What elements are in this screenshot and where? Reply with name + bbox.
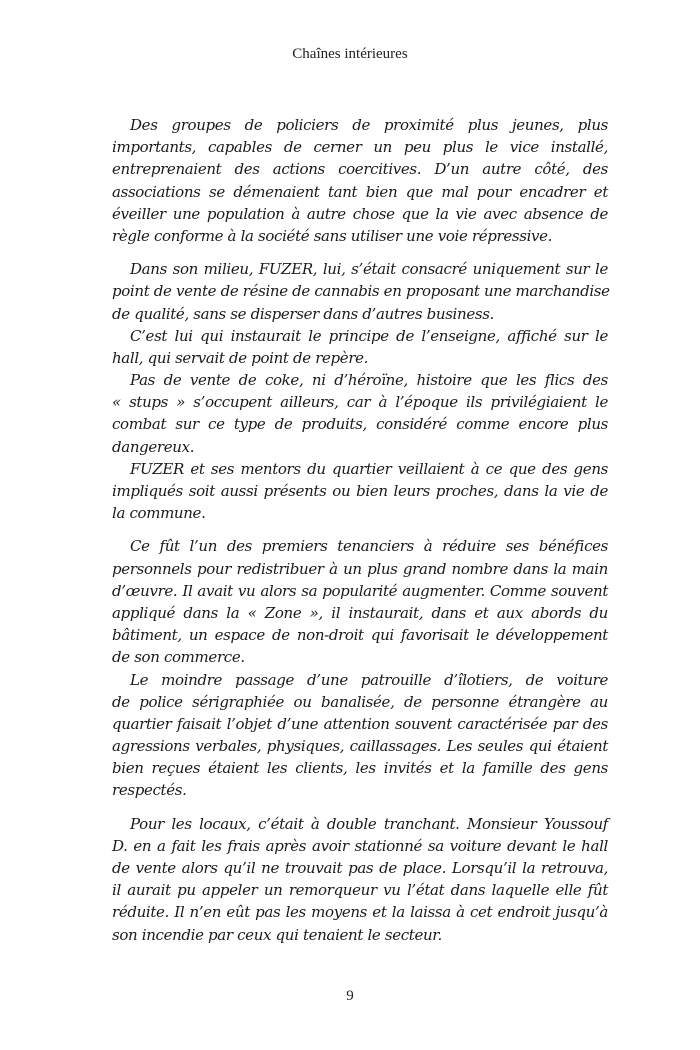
text-line: éveiller une population à autre chose qu… — [112, 203, 608, 225]
text-line: Pour les locaux, c’était à double tranch… — [112, 813, 608, 835]
body-text: Des groupes de policiers de proximité pl… — [112, 114, 608, 946]
text-line: il aurait pu appeler un remorqueur vu l’… — [112, 879, 608, 901]
text-line: règle conforme à la société sans utilise… — [112, 225, 608, 247]
paragraph: Dans son milieu, FUZER, lui, s’était con… — [112, 258, 608, 325]
text-line: Des groupes de policiers de proximité pl… — [112, 114, 608, 136]
paragraph: C’est lui qui instaurait le principe de … — [112, 325, 608, 369]
text-line: combat sur ce type de produits, considér… — [112, 413, 608, 435]
paragraph: FUZER et ses mentors du quartier veillai… — [112, 458, 608, 525]
text-line: point de vente de résine de cannabis en … — [112, 280, 608, 302]
text-line: agressions verbales, physiques, caillass… — [112, 735, 608, 757]
text-line: « stups » s’occupent ailleurs, car à l’é… — [112, 391, 608, 413]
text-line: bien reçues étaient les clients, les inv… — [112, 757, 608, 779]
text-line: Dans son milieu, FUZER, lui, s’était con… — [112, 258, 608, 280]
paragraph: Le moindre passage d’une patrouille d’îl… — [112, 669, 608, 802]
running-header: Chaînes intérieures — [0, 46, 700, 63]
text-line: de son commerce. — [112, 646, 608, 668]
text-line: dangereux. — [112, 436, 608, 458]
text-line: appliqué dans la « Zone », il instaurait… — [112, 602, 608, 624]
text-line: entreprenaient des actions coercitives. … — [112, 158, 608, 180]
text-line: associations se démenaient tant bien que… — [112, 181, 608, 203]
paragraph: Pas de vente de coke, ni d’héroïne, hist… — [112, 369, 608, 458]
text-line: la commune. — [112, 502, 608, 524]
text-line: bâtiment, un espace de non-droit qui fav… — [112, 624, 608, 646]
text-line: de qualité, sans se disperser dans d’aut… — [112, 303, 608, 325]
text-line: importants, capables de cerner un peu pl… — [112, 136, 608, 158]
text-line: D. en a fait les frais après avoir stati… — [112, 835, 608, 857]
text-line: FUZER et ses mentors du quartier veillai… — [112, 458, 608, 480]
text-line: Pas de vente de coke, ni d’héroïne, hist… — [112, 369, 608, 391]
text-line: personnels pour redistribuer à un plus g… — [112, 558, 608, 580]
text-line: respectés. — [112, 779, 608, 801]
text-line: d’œuvre. Il avait vu alors sa popularité… — [112, 580, 608, 602]
text-line: réduite. Il n’en eût pas les moyens et l… — [112, 901, 608, 923]
paragraph: Pour les locaux, c’était à double tranch… — [112, 813, 608, 946]
text-line: de police sérigraphiée ou banalisée, de … — [112, 691, 608, 713]
page-number: 9 — [0, 988, 700, 1005]
text-line: de vente alors qu’il ne trouvait pas de … — [112, 857, 608, 879]
paragraph: Des groupes de policiers de proximité pl… — [112, 114, 608, 247]
paragraph: Ce fût l’un des premiers tenanciers à ré… — [112, 535, 608, 668]
text-line: impliqués soit aussi présents ou bien le… — [112, 480, 608, 502]
text-line: quartier faisait l’objet d’une attention… — [112, 713, 608, 735]
text-line: Ce fût l’un des premiers tenanciers à ré… — [112, 535, 608, 557]
text-line: Le moindre passage d’une patrouille d’îl… — [112, 669, 608, 691]
text-line: son incendie par ceux qui tenaient le se… — [112, 924, 608, 946]
text-line: C’est lui qui instaurait le principe de … — [112, 325, 608, 347]
text-line: hall, qui servait de point de repère. — [112, 347, 608, 369]
